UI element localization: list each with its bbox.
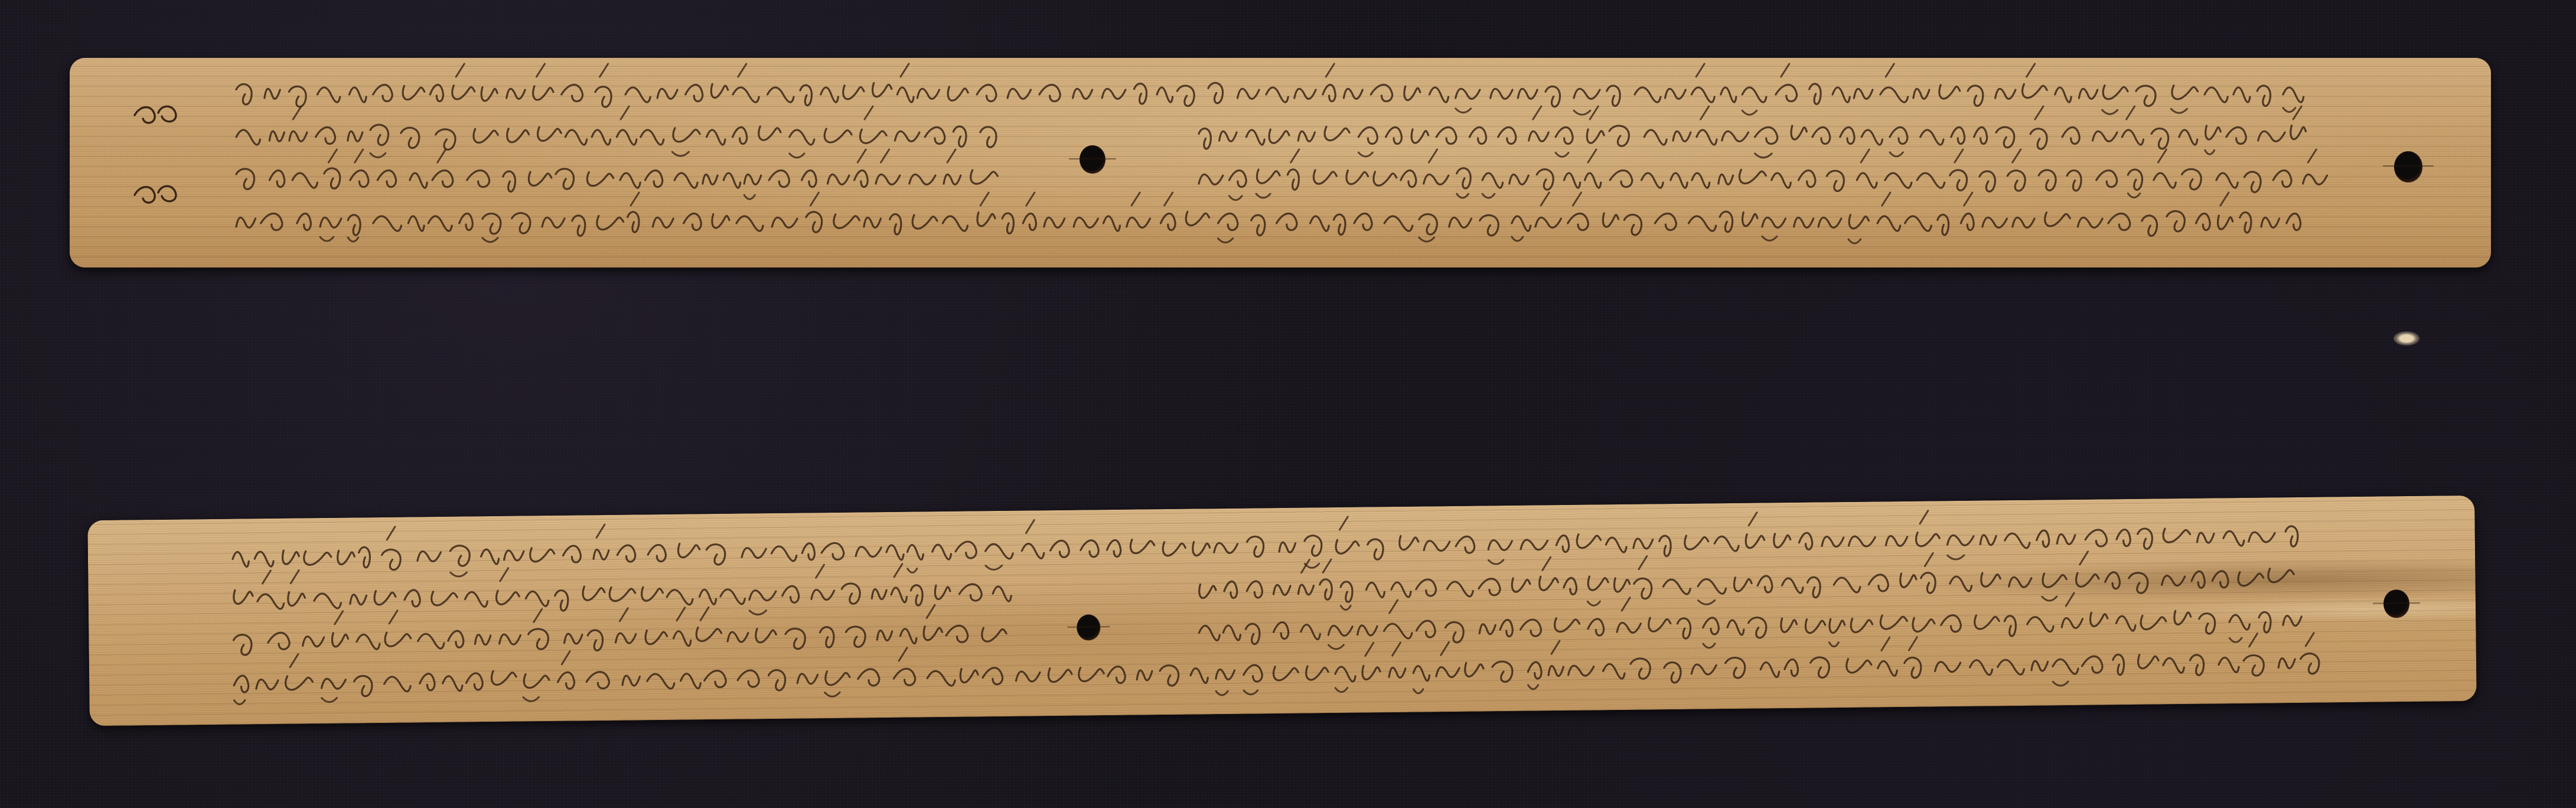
page-number-marker [135,106,176,123]
binding-hole [1077,614,1100,640]
binding-hole [2394,151,2422,183]
page-number-marker [135,186,176,203]
palm-leaf-top: Upper palm leaf [70,58,2491,268]
palm-leaf-bottom: Lower palm leaf [87,496,2476,726]
inscribed-script-lines [87,496,2476,726]
binding-hole [1080,145,1106,174]
inscribed-script-lines [70,58,2491,268]
fiber-speck [2394,331,2420,346]
